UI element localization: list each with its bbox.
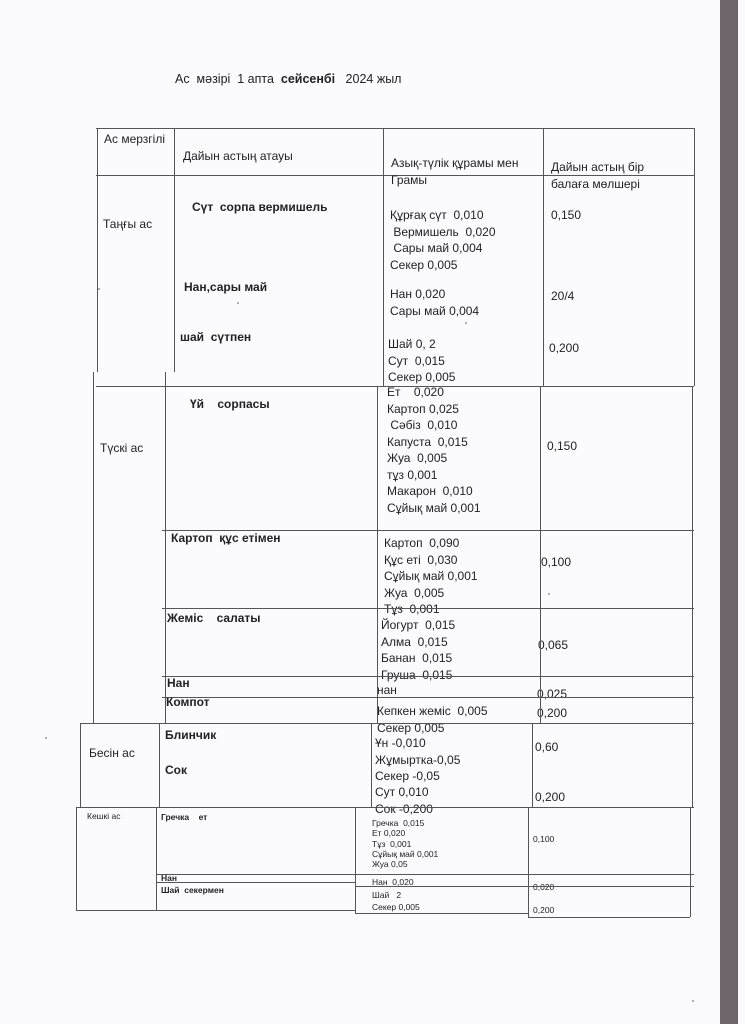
dish-name: Үй сорпасы [190,396,270,413]
ingredient-item: Секер 0,005 [390,257,457,274]
ingredient-item: Секер 0,005 [377,720,444,737]
header-portion: Дайын астың бір балаға мөлшері [551,159,644,192]
table-rule [540,386,541,723]
ingredient-item: Шай 0, 2 [388,336,436,353]
header-dish-name: Дайын астың атауы [183,148,293,165]
title-prefix: Ас мәзірі 1 апта [175,72,281,86]
dish-name: Шай секермен [161,885,224,897]
dish-portion: 0,150 [547,438,577,455]
table-rule [355,886,694,887]
dish-name: шай сүтпен [180,329,251,346]
table-rule [159,723,160,807]
scan-speck [548,593,550,595]
meal-period: Түскі ас [100,440,143,457]
table-rule [97,128,98,372]
ingredient-item: Вермишель 0,020 [390,224,496,241]
dish-portion: 0,020 [533,882,554,894]
table-rule [156,807,157,910]
table-rule [371,723,372,807]
table-rule [76,807,77,910]
ingredient-item: Кепкен жеміс 0,005 [377,703,488,720]
ingredient-item: Жуа 0,005 [387,450,447,467]
table-rule [377,386,378,723]
title-suffix: 2024 жыл [335,72,401,86]
table-rule [543,128,544,386]
dish-name: Нан,сары май [184,279,267,296]
table-rule [156,874,694,875]
table-rule [532,723,533,807]
ingredient-item: Сұйық май 0,001 [384,568,478,585]
dish-name: Нан [167,675,190,692]
ingredient-item: Секер -0,05 [375,768,440,785]
table-rule [355,807,356,913]
table-rule [692,386,693,723]
ingredient-item: Сут 0,010 [375,784,429,801]
ingredient-item: Сұйық май 0,001 [387,500,481,517]
meal-period: Таңғы ас [103,216,152,233]
dish-name: Компот [166,694,210,711]
table-rule [165,372,166,723]
table-rule [162,608,694,609]
scan-speck [45,737,47,739]
page-title: Ас мәзірі 1 апта сейсенбі 2024 жыл [175,72,401,86]
table-rule [355,913,528,914]
dish-portion: 0,200 [537,705,567,722]
table-rule [80,723,694,724]
dish-name: Блинчик [165,727,216,744]
table-rule [383,128,384,386]
ingredient-item: Макарон 0,010 [387,483,473,500]
ingredient-item: Нан 0,020 [390,286,445,303]
table-rule [162,676,694,677]
ingredient-item: Ет 0,020 [387,384,444,401]
dish-portion: 0,100 [533,834,554,846]
table-rule [76,807,694,808]
table-rule [528,807,529,917]
table-rule [96,128,694,129]
scan-speck [98,288,100,290]
ingredient-item: Капуста 0,015 [387,434,468,451]
ingredient-item: Құс еті 0,030 [384,552,457,569]
scan-speck [465,322,467,324]
ingredient-item: Груша 0,015 [381,667,452,684]
table-rule [174,128,175,372]
ingredient-item: Картоп 0,025 [387,401,459,418]
table-rule [162,697,694,698]
ingredient-item: Жуа 0,05 [372,859,408,871]
meal-period: Кешкі ас [87,811,120,823]
ingredient-item: Ұн -0,010 [375,735,426,752]
dish-portion: 0,065 [538,637,568,654]
ingredient-item: Тұз 0,001 [384,601,440,618]
ingredient-item: Сары май 0,004 [390,303,479,320]
table-rule [93,372,94,723]
dish-portion: 0,200 [549,340,579,357]
table-rule [690,807,691,917]
ingredient-item: Құрғақ сүт 0,010 [390,207,484,224]
ingredient-item: Секер 0,005 [372,902,420,914]
dish-portion: 0,60 [535,739,558,756]
ingredient-item: Сары май 0,004 [390,240,482,257]
dish-portion: 0,100 [541,554,571,571]
scan-edge-shadow [720,0,738,1024]
dish-name: Сок [165,762,187,779]
ingredient-item: Сут 0,015 [388,353,445,370]
dish-name: Картоп құс етімен [171,530,281,547]
table-rule [76,910,355,911]
table-rule [692,723,693,807]
ingredient-item: Сок -0,200 [375,801,433,818]
meal-period: Бесін ас [89,745,135,762]
dish-name: Жеміс салаты [167,610,261,627]
ingredient-item: Алма 0,015 [381,634,448,651]
ingredient-item: Йогурт 0,015 [381,617,455,634]
table-rule [528,917,690,918]
header-meal-period: Ас мерзгілі [104,131,165,148]
title-day: сейсенбі [281,72,335,86]
scan-speck [692,1000,694,1002]
ingredient-item: Шай 2 [372,890,401,902]
scan-speck [237,302,239,304]
ingredient-item: Банан 0,015 [381,650,452,667]
header-ingredients: Азық-түлік құрамы мен Грамы [391,155,518,188]
table-rule [80,723,81,807]
dish-portion: 0,150 [551,207,581,224]
ingredient-item: тұз 0,001 [387,467,437,484]
table-rule [156,882,355,883]
dish-portion: 0,200 [533,905,554,917]
table-rule [694,128,695,386]
ingredient-item: Жуа 0,005 [384,585,444,602]
dish-portion: 0,025 [537,686,567,703]
ingredient-item: Жұмыртка-0,05 [375,752,460,769]
ingredient-item: Картоп 0,090 [384,535,459,552]
dish-portion: 0,200 [535,789,565,806]
dish-portion: 20/4 [551,288,574,305]
ingredient-item: Сәбіз 0,010 [387,417,457,434]
dish-name: Сүт сорпа вермишель [192,199,327,216]
dish-name: Гречка ет [161,812,207,824]
